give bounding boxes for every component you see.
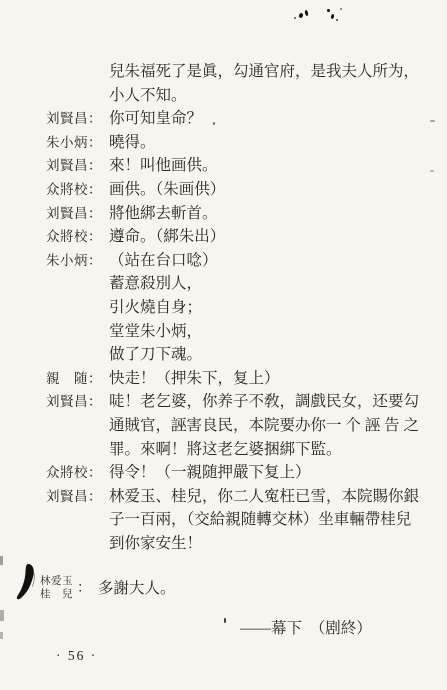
dialogue-text: 通賊官，誣害良民，本院要办你一 个 誣 告 之: [109, 417, 419, 434]
dialogue-text: 快走！（押朱下，复上）: [109, 370, 280, 387]
dialogue-line: 朱小炳：曉得。: [0, 131, 447, 155]
dialogue-line: 到你家安生！: [0, 532, 447, 556]
dialogue-line: 罪。來啊！將这老乞婆捆綁下監。: [0, 438, 447, 462]
dialogue-text: 多謝大人。: [98, 577, 176, 601]
speaker-name: 众將校：: [46, 178, 109, 202]
ink-smudge-mark: [331, 14, 335, 19]
speaker-name: 刘賢昌：: [46, 107, 109, 131]
dialogue-text: 蓄意殺別人，: [109, 275, 202, 292]
dialogue-text: 画供。（朱画供）: [109, 181, 225, 198]
ink-smudge-mark: [304, 10, 308, 17]
dialogue-text: 引火燒自身；: [109, 299, 202, 316]
dialogue-text: 遵命。（綁朱出）: [109, 228, 225, 245]
dialogue-text: （站在台口唸）: [109, 252, 218, 269]
page-number: · 56 ·: [56, 648, 97, 664]
speaker-name: 林爱玉: [40, 575, 77, 588]
dialogue-text: 罪。來啊！將这老乞婆捆綁下監。: [109, 441, 342, 458]
speaker-name: 朱小炳：: [46, 249, 109, 273]
dialogue-line: 子一百兩，（交給親随轉交林）坐車輛帶桂兒: [0, 508, 447, 532]
dialogue-line: 众將校：画供。（朱画供）: [0, 178, 447, 202]
speaker-name: 众將校：: [46, 461, 109, 485]
dialogue-text: 曉得。: [109, 134, 156, 151]
speaker-name: 刘賢昌：: [46, 154, 109, 178]
dialogue-line: 众將校：得令！（一親随押嚴下复上）: [0, 461, 447, 485]
dialogue-text: 林爱玉、桂兒，你二人寃枉已雪，本院賜你銀: [109, 488, 419, 505]
dialogue-line-dual-speaker: 林爱玉 桂 兒 ： 多謝大人。: [0, 569, 447, 607]
ink-smudge-mark: [340, 8, 342, 10]
ink-smudge-mark: [294, 17, 296, 19]
verse-line: 堂堂朱小炳，: [0, 320, 447, 344]
dialogue-text: 做了刀下魂。: [109, 346, 202, 363]
dialogue-line: 众將校：遵命。（綁朱出）: [0, 225, 447, 249]
script-text-block: 兒朱福死了是眞，勾通官府，是我夫人所为， 小人不知。 刘賢昌：你可知皇命？ 朱小…: [0, 60, 447, 641]
dialogue-text: 小人不知。: [109, 87, 187, 104]
speaker-name: 朱小炳：: [46, 131, 109, 155]
dialogue-text: 你可知皇命？: [109, 110, 202, 127]
dialogue-text: 到你家安生！: [109, 535, 202, 552]
dialogue-line: 親 随：快走！（押朱下，复上）: [0, 367, 447, 391]
dialogue-text: 得令！（一親随押嚴下复上）: [109, 464, 311, 481]
dialogue-line: 朱小炳：（站在台口唸）: [0, 249, 447, 273]
speaker-name: 親 随：: [46, 367, 109, 391]
speaker-name: 刘賢昌：: [46, 202, 109, 226]
dialogue-line: 刘賢昌：林爱玉、桂兒，你二人寃枉已雪，本院賜你銀: [0, 485, 447, 509]
dialogue-line: 刘賢昌：將他綁去斬首。: [0, 202, 447, 226]
dialogue-line: 刘賢昌：你可知皇命？: [0, 107, 447, 131]
dialogue-line: 小人不知。: [0, 84, 447, 108]
ink-smudge-mark: [336, 19, 338, 21]
speaker-name: 桂 兒: [40, 588, 77, 601]
dialogue-text: 將他綁去斬首。: [109, 205, 218, 222]
speaker-name: 众將校：: [46, 225, 109, 249]
ink-smudge-mark: [298, 12, 303, 18]
dialogue-line: 通賊官，誣害良民，本院要办你一 个 誣 告 之: [0, 414, 447, 438]
dialogue-text: 兒朱福死了是眞，勾通官府，是我夫人所为，: [109, 63, 419, 80]
speaker-name-stack: 林爱玉 桂 兒: [40, 575, 77, 601]
dialogue-text: 子一百兩，（交給親随轉交林）坐車輛帶桂兒: [109, 511, 411, 528]
speaker-name: 刘賢昌：: [46, 485, 109, 509]
scanned-script-page: 兒朱福死了是眞，勾通官府，是我夫人所为， 小人不知。 刘賢昌：你可知皇命？ 朱小…: [0, 0, 447, 690]
speaker-colon: ：: [77, 577, 91, 601]
dialogue-text: 來！叫他画供。: [109, 157, 218, 174]
curtain-line: ——幕下 （剧終）: [240, 617, 447, 641]
dialogue-line: 刘賢昌：來！叫他画供。: [0, 154, 447, 178]
verse-line: 蓄意殺別人，: [0, 272, 447, 296]
dialogue-text: 唗！老乞婆，你养子不敎，調戲民女，还要勾: [109, 393, 419, 410]
verse-line: 做了刀下魂。: [0, 343, 447, 367]
dialogue-line: 刘賢昌：唗！老乞婆，你养子不敎，調戲民女，还要勾: [0, 390, 447, 414]
speaker-name: 刘賢昌：: [46, 390, 109, 414]
dialogue-text: 堂堂朱小炳，: [109, 323, 202, 340]
verse-line: 引火燒自身；: [0, 296, 447, 320]
dialogue-line: 兒朱福死了是眞，勾通官府，是我夫人所为，: [0, 60, 447, 84]
ink-smudge-mark: [327, 9, 330, 12]
